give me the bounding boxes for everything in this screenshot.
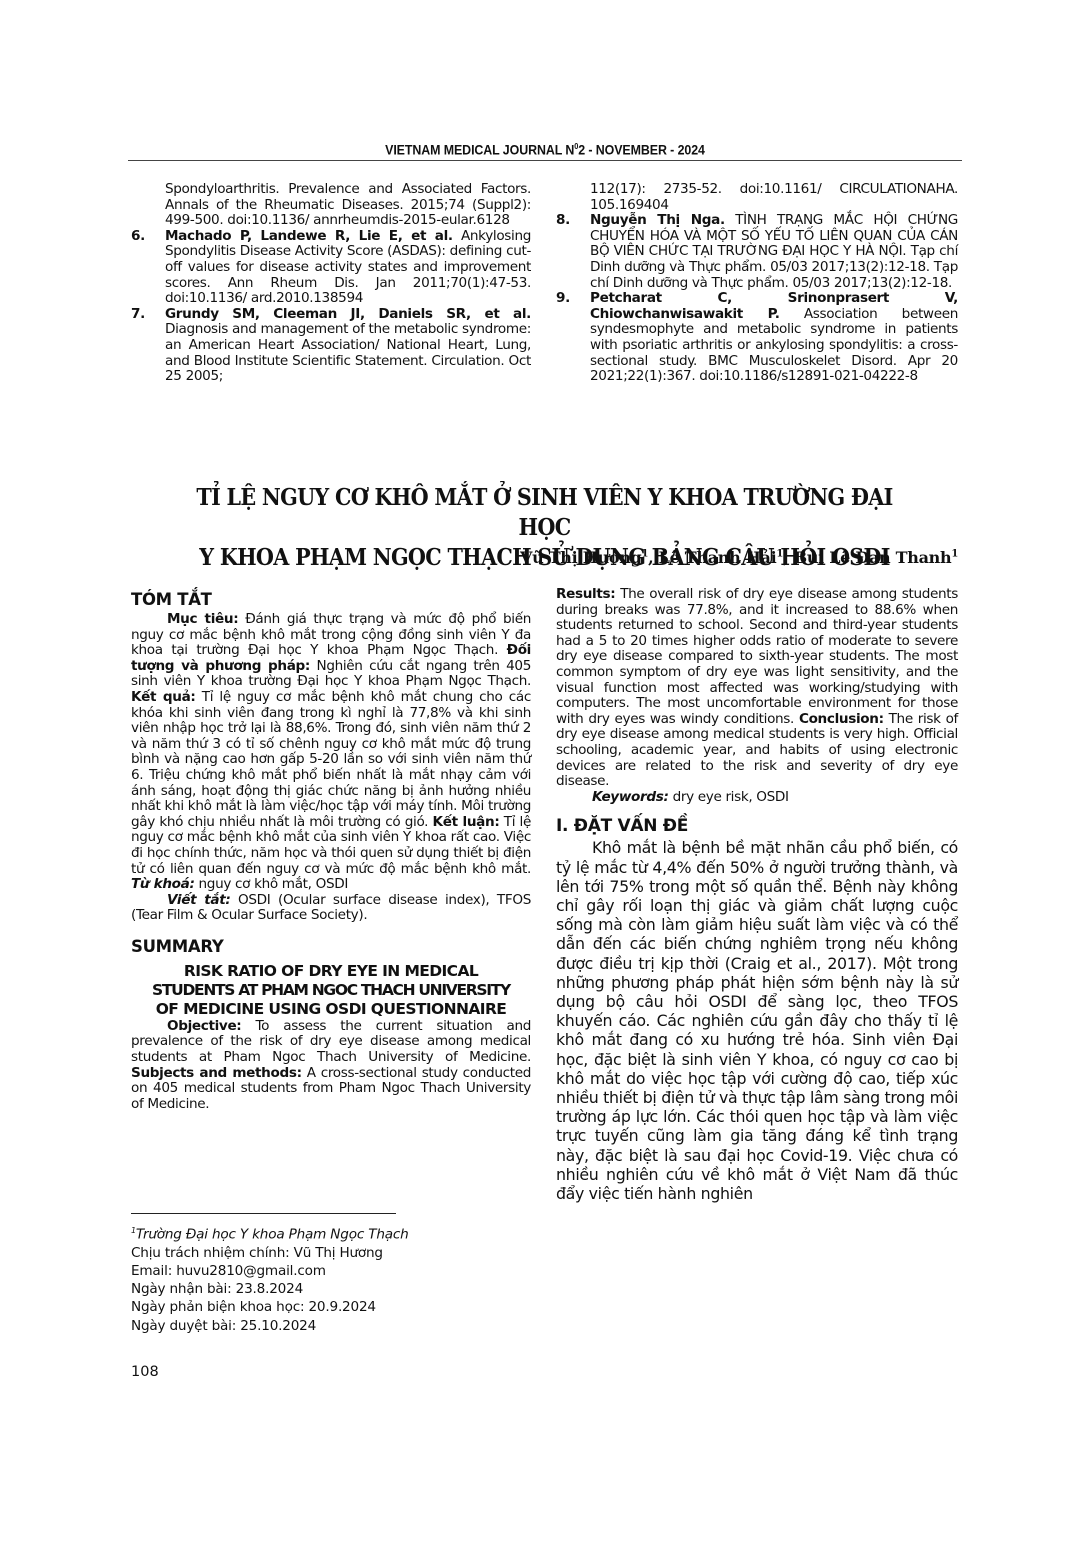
text-ket-qua: Tỉ lệ nguy cơ mắc bệnh khô mắt chung cho…: [131, 689, 531, 830]
keywords: Keywords: dry eye risk, OSDI: [556, 790, 958, 806]
journal-name: VIETNAM MEDICAL JOURNAL N: [385, 143, 574, 158]
label-ket-luan: Kết luận:: [433, 814, 500, 830]
text-results: The overall risk of dry eye disease amon…: [556, 586, 958, 727]
reference-item: 9.Petcharat C, Srinonprasert V, Chiowcha…: [556, 291, 958, 385]
reference-authors: Grundy SM, Cleeman JI, Daniels SR, et al…: [165, 306, 531, 322]
summary-title-line: OF MEDICINE USING OSDI QUESTIONNAIRE: [131, 1000, 531, 1019]
summary-title-line: RISK RATIO OF DRY EYE IN MEDICAL: [131, 962, 531, 981]
reference-number: 9.: [556, 291, 570, 307]
reference-continuation: Spondyloarthritis. Prevalence and Associ…: [131, 182, 531, 229]
viet-tat: Viết tắt: OSDI (Ocular surface disease i…: [131, 893, 531, 924]
summary-body-continued: Results: The overall risk of dry eye dis…: [556, 587, 958, 790]
running-header: VIETNAM MEDICAL JOURNAL N02 - NOVEMBER -…: [161, 142, 928, 158]
references-right: 112(17): 2735-52. doi:10.1161/ CIRCULATI…: [556, 182, 958, 385]
reference-text: Diagnosis and management of the metaboli…: [165, 321, 531, 384]
label-muc-tieu: Mục tiêu:: [167, 611, 238, 627]
reference-text: Spondyloarthritis. Prevalence and Associ…: [165, 181, 531, 228]
intro-paragraph: Khô mắt là bệnh bề mặt nhãn cầu phổ biến…: [556, 838, 958, 1203]
author-separator: ,: [783, 548, 794, 567]
author-affiliation: 1: [951, 549, 958, 560]
label-subjects: Subjects and methods:: [131, 1065, 302, 1081]
reference-authors: Nguyễn Thị Nga.: [590, 212, 725, 228]
summary-title-line: STUDENTS AT PHAM NGOC THACH UNIVERSITY: [131, 981, 531, 1000]
footnote-reviewed: Ngày phản biện khoa học: 20.9.2024: [131, 1298, 531, 1316]
affiliation-text: Trường Đại học Y khoa Phạm Ngọc Thạch: [136, 1227, 409, 1243]
journal-page: VIETNAM MEDICAL JOURNAL N02 - NOVEMBER -…: [0, 0, 1090, 1541]
footnote-affiliation: 1Trường Đại học Y khoa Phạm Ngọc Thạch: [131, 1222, 531, 1244]
journal-issue: 2 - NOVEMBER - 2024: [578, 143, 705, 158]
summary-body: Objective: To assess the current situati…: [131, 1019, 531, 1113]
tom-tat-heading: TÓM TẮT: [131, 590, 531, 610]
references-left: Spondyloarthritis. Prevalence and Associ…: [131, 182, 531, 385]
abstract-column: TÓM TẮT Mục tiêu: Đánh giá thực trạng và…: [131, 590, 531, 1112]
label-tu-khoa: Từ khoá:: [131, 876, 195, 892]
footnotes: 1Trường Đại học Y khoa Phạm Ngọc Thạch C…: [131, 1222, 531, 1335]
header-rule: [128, 160, 962, 161]
label-keywords: Keywords:: [592, 789, 669, 805]
author-separator: ,: [648, 548, 659, 567]
footnote-received: Ngày nhận bài: 23.8.2024: [131, 1280, 531, 1298]
label-ket-qua: Kết quả:: [131, 689, 196, 705]
summary-title: RISK RATIO OF DRY EYE IN MEDICAL STUDENT…: [131, 962, 531, 1019]
article-title-line: TỈ LỆ NGUY CƠ KHÔ MẮT Ở SINH VIÊN Y KHOA…: [172, 483, 916, 543]
reference-number: 6.: [131, 229, 145, 245]
reference-item: 6.Machado P, Landewe R, Lie E, et al. An…: [131, 229, 531, 307]
label-viet-tat: Viết tắt:: [167, 892, 230, 908]
label-results: Results:: [556, 586, 615, 602]
reference-number: 7.: [131, 307, 145, 323]
text-keywords: dry eye risk, OSDI: [669, 789, 789, 805]
text-tu-khoa: nguy cơ khô mắt, OSDI: [195, 876, 348, 892]
reference-text: 112(17): 2735-52. doi:10.1161/ CIRCULATI…: [590, 181, 958, 213]
label-conclusion: Conclusion:: [799, 711, 884, 727]
reference-item: 8.Nguyễn Thị Nga. TÌNH TRẠNG MẮC HỘI CHỨ…: [556, 213, 958, 291]
author-name: Bùi Lê Đan Thanh: [794, 548, 952, 567]
author-list: Vũ Thị Hương1, Lê Thanh Hải1, Bùi Lê Đan…: [131, 548, 958, 567]
reference-authors: Machado P, Landewe R, Lie E, et al.: [165, 228, 453, 244]
footnote-responsible: Chịu trách nhiệm chính: Vũ Thị Hương: [131, 1244, 531, 1262]
author-name: Vũ Thị Hương: [520, 548, 641, 567]
right-column: Results: The overall risk of dry eye dis…: [556, 587, 958, 1203]
reference-item: 7.Grundy SM, Cleeman JI, Daniels SR, et …: [131, 307, 531, 385]
tom-tat-body: Mục tiêu: Đánh giá thực trạng và mức độ …: [131, 612, 531, 893]
reference-continuation: 112(17): 2735-52. doi:10.1161/ CIRCULATI…: [556, 182, 958, 213]
footnote-accepted: Ngày duyệt bài: 25.10.2024: [131, 1317, 531, 1335]
footnote-email: Email: huvu2810@gmail.com: [131, 1262, 531, 1280]
author-name: Lê Thanh Hải: [659, 548, 777, 567]
label-objective: Objective:: [167, 1018, 241, 1034]
footnote-rule: [131, 1213, 396, 1214]
page-number: 108: [131, 1364, 159, 1380]
reference-number: 8.: [556, 213, 570, 229]
summary-heading: SUMMARY: [131, 937, 531, 957]
intro-heading: I. ĐẶT VẤN ĐỀ: [556, 816, 958, 836]
